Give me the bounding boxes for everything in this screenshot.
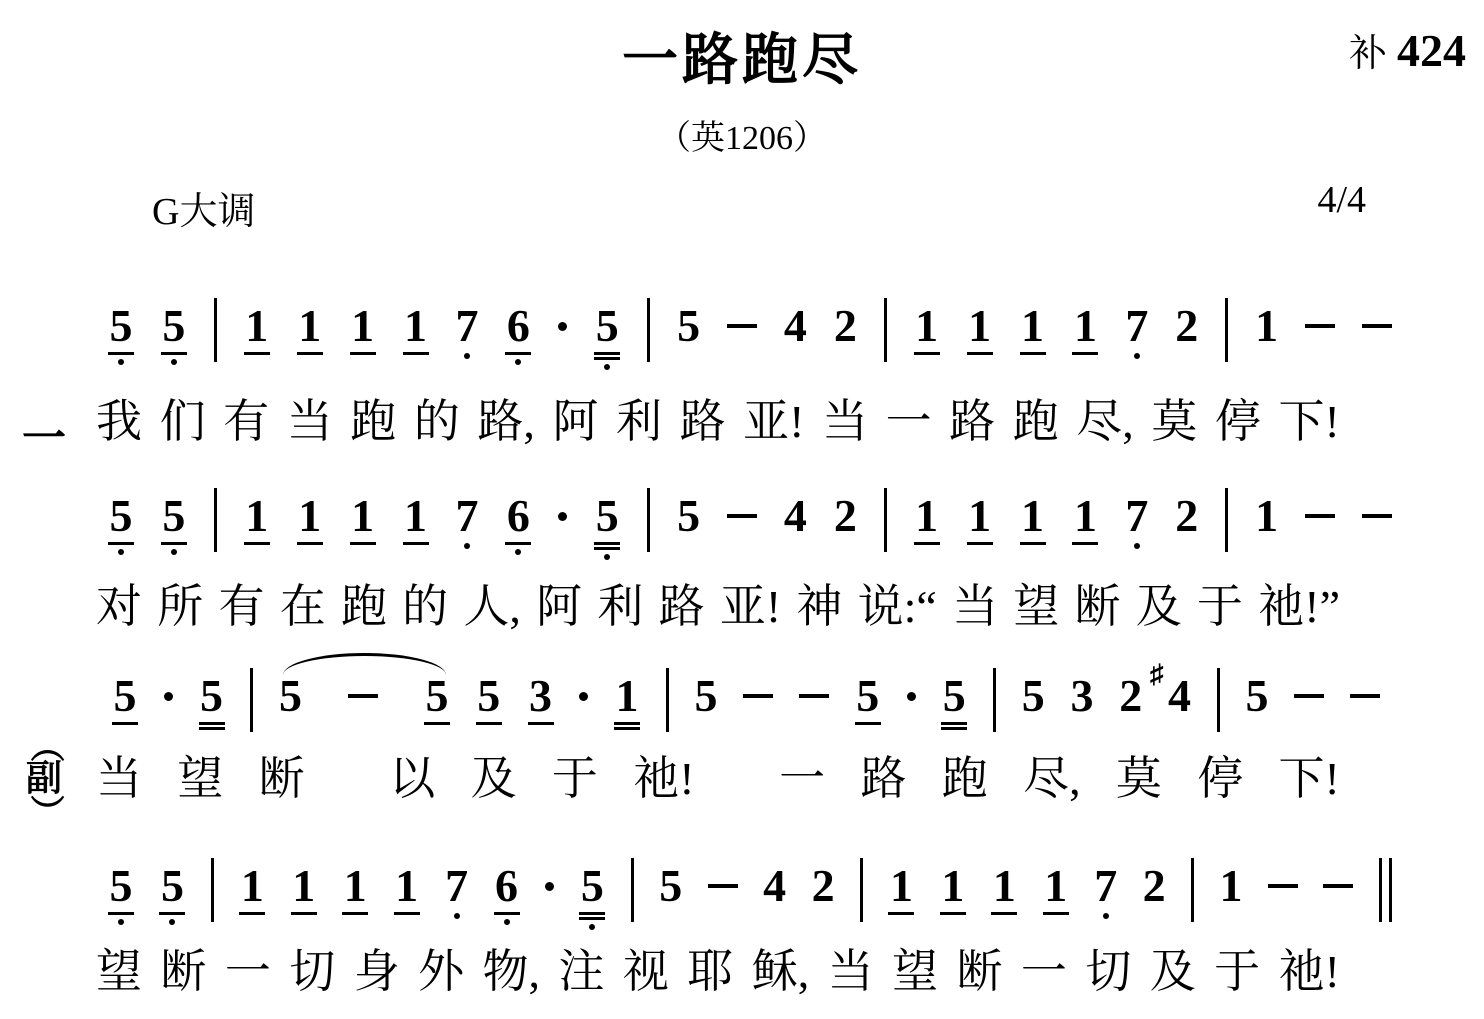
- lyric-syllable: 我: [96, 396, 142, 449]
- music-note: 3: [528, 673, 554, 725]
- music-note: 5: [279, 673, 302, 719]
- music-note: 2: [1175, 493, 1198, 539]
- duration-dash: [348, 694, 378, 698]
- music-note: 7: [445, 863, 468, 919]
- music-line: 5511117655421111721: [108, 493, 1392, 573]
- music-note: 7: [455, 303, 478, 359]
- barline: [1225, 488, 1228, 552]
- music-note: 7: [455, 493, 478, 549]
- lyric-syllable: 路: [860, 753, 906, 806]
- lyric-syllable: 物,: [483, 946, 541, 999]
- music-note: 1: [967, 493, 993, 545]
- music-note: 3: [1071, 673, 1094, 719]
- augmentation-dot: [558, 512, 567, 521]
- octave-underline: [579, 917, 605, 920]
- lyric-syllable: 尽,: [1076, 396, 1134, 449]
- low-octave-dot: [1103, 913, 1109, 919]
- music-note: 5: [108, 493, 134, 555]
- barline: [884, 298, 887, 362]
- octave-underline: [199, 722, 225, 725]
- lyric-syllable: 路: [680, 396, 726, 449]
- music-line: 5511117655421111721: [108, 863, 1392, 943]
- music-note: 5: [594, 303, 620, 370]
- verse-number-marker: 一: [22, 402, 66, 466]
- octave-underline: [914, 542, 940, 545]
- octave-underline: [394, 912, 420, 915]
- music-note: 1: [244, 493, 270, 545]
- low-octave-dot: [1134, 543, 1140, 549]
- barline: [631, 858, 634, 922]
- lyric-syllable: 望: [177, 753, 223, 806]
- music-note: 2: [1143, 863, 1166, 909]
- music-note: 5: [199, 673, 225, 730]
- octave-underline: [476, 722, 502, 725]
- lyric-syllable: 及: [471, 753, 517, 806]
- lyric-syllable: 望: [892, 946, 938, 999]
- music-note: 1: [1020, 303, 1046, 355]
- hymn-number-value: 424: [1397, 24, 1466, 77]
- lyric-syllable: 及: [1136, 581, 1182, 634]
- octave-underline: [594, 357, 620, 360]
- lyric-syllable: 有: [223, 396, 269, 449]
- duration-dash: [1268, 884, 1298, 888]
- lyric-syllable: 断: [160, 946, 206, 999]
- lyric-syllable: 下!: [1279, 753, 1340, 806]
- barline: [1225, 298, 1228, 362]
- music-note: 1: [239, 863, 265, 915]
- lyric-syllable: 一: [1021, 946, 1067, 999]
- lyric-syllable: 以: [389, 753, 435, 806]
- music-note: 5: [161, 493, 187, 555]
- music-note: 1: [940, 863, 966, 915]
- music-note: 1: [967, 303, 993, 355]
- octave-underline: [505, 352, 531, 355]
- lyric-syllable: 身: [354, 946, 400, 999]
- music-note: 6: [494, 863, 520, 925]
- octave-underline: [108, 912, 134, 915]
- lyric-syllable: 当: [822, 396, 868, 449]
- time-signature: 4/4: [1317, 178, 1366, 222]
- duration-dash: [1305, 514, 1335, 518]
- music-note: 5: [677, 493, 700, 539]
- octave-underline: [244, 542, 270, 545]
- hymn-number-prefix: 补: [1349, 22, 1387, 77]
- low-octave-dot: [604, 554, 610, 560]
- lyric-syllable: 们: [160, 396, 206, 449]
- octave-underline: [528, 722, 554, 725]
- music-note: 1: [350, 303, 376, 355]
- lyric-syllable: 阿: [536, 581, 582, 634]
- music-note: 5: [1022, 673, 1045, 719]
- music-note: 7: [1125, 493, 1148, 549]
- music-note: 5: [108, 303, 134, 365]
- lyric-syllable: 望: [96, 946, 142, 999]
- octave-underline: [594, 352, 620, 355]
- lyric-syllable: 于: [552, 753, 598, 806]
- lyric-syllable: 断: [956, 946, 1002, 999]
- low-octave-dot: [504, 919, 510, 925]
- augmentation-dot: [545, 882, 554, 891]
- octave-underline: [342, 912, 368, 915]
- music-note: 2: [834, 493, 857, 539]
- octave-underline: [1043, 912, 1069, 915]
- music-note: 1: [394, 863, 420, 915]
- barline: [666, 668, 669, 732]
- music-note: 1: [244, 303, 270, 355]
- lyric-syllable: 断: [259, 753, 305, 806]
- low-octave-dot: [118, 359, 124, 365]
- music-note: 1: [1020, 493, 1046, 545]
- music-note: 1: [297, 303, 323, 355]
- lyric-syllable: 路,: [477, 396, 535, 449]
- octave-underline: [967, 542, 993, 545]
- augmentation-dot: [558, 322, 567, 331]
- barline: [884, 488, 887, 552]
- lyric-syllable: 及: [1150, 946, 1196, 999]
- music-note: 2: [1175, 303, 1198, 349]
- lyric-syllable: 利: [616, 396, 662, 449]
- music-note: 6: [505, 493, 531, 555]
- barline: [1217, 668, 1220, 732]
- music-note: 5: [594, 493, 620, 560]
- lyric-syllable: 下!: [1278, 396, 1339, 449]
- octave-underline: [505, 542, 531, 545]
- octave-underline: [1072, 352, 1098, 355]
- low-octave-dot: [515, 549, 521, 555]
- music-note: 1: [991, 863, 1017, 915]
- duration-dash: [1362, 514, 1392, 518]
- lyric-syllable: 一: [779, 753, 825, 806]
- music-note: 1: [914, 303, 940, 355]
- music-note: 1: [614, 673, 640, 730]
- key-signature: G大调: [152, 180, 255, 235]
- music-note: 1: [291, 863, 317, 915]
- duration-dash: [1323, 884, 1353, 888]
- lyric-syllable: 莫: [1151, 396, 1197, 449]
- octave-underline: [967, 352, 993, 355]
- octave-underline: [112, 722, 138, 725]
- low-octave-dot: [589, 924, 595, 930]
- music-note: 6: [505, 303, 531, 365]
- lyric-syllable: 跑: [1013, 396, 1059, 449]
- octave-underline: [991, 912, 1017, 915]
- lyric-syllable: 对: [96, 581, 142, 634]
- lyric-syllable: 亚!: [720, 581, 781, 634]
- octave-underline: [159, 912, 185, 915]
- music-note: 5: [112, 673, 138, 725]
- augmentation-dot: [579, 692, 588, 701]
- octave-underline: [424, 722, 450, 725]
- low-octave-dot: [454, 913, 460, 919]
- barline: [647, 298, 650, 362]
- music-note: 4: [784, 493, 807, 539]
- barline: [211, 858, 214, 922]
- hymn-sheet-page: 一路跑尽 补 424 （英1206） G大调 4/4 5511117655421…: [0, 0, 1484, 1019]
- music-note: 5: [855, 673, 881, 725]
- lyric-syllable: 外: [418, 946, 464, 999]
- lyric-syllable: 当: [828, 946, 874, 999]
- music-note: 1: [342, 863, 368, 915]
- low-octave-dot: [171, 549, 177, 555]
- music-note: 5: [108, 863, 134, 925]
- lyric-syllable: 尽,: [1023, 753, 1081, 806]
- low-octave-dot: [118, 919, 124, 925]
- octave-underline: [239, 912, 265, 915]
- barline: [1191, 858, 1194, 922]
- music-note: 5: [677, 303, 700, 349]
- lyric-syllable: 于: [1214, 946, 1260, 999]
- music-note: 1: [1255, 303, 1278, 349]
- duration-dash: [727, 324, 757, 328]
- lyric-syllable: 跑: [341, 581, 387, 634]
- lyric-line: 望断一切身外物,注视耶稣,当望断一切及于祂!: [96, 946, 1340, 999]
- lyric-syllable: 切: [289, 946, 335, 999]
- barline: [647, 488, 650, 552]
- lyric-syllable: 的: [402, 581, 448, 634]
- chorus-marker: （副）: [26, 736, 62, 821]
- lyric-line: 当望断以及于祂!一路跑尽,莫停下!: [96, 753, 1340, 806]
- octave-underline: [244, 352, 270, 355]
- duration-dash: [1362, 324, 1392, 328]
- music-note: 1: [1072, 493, 1098, 545]
- barline: [993, 668, 996, 732]
- music-note: 2: [834, 303, 857, 349]
- lyric-syllable: 于: [1197, 581, 1243, 634]
- octave-underline: [297, 352, 323, 355]
- music-note: 5: [659, 863, 682, 909]
- music-note: 4♯: [1168, 673, 1191, 719]
- music-note: 1: [1220, 863, 1243, 909]
- duration-dash: [708, 884, 738, 888]
- music-line: 5511117655421111721: [108, 303, 1392, 383]
- music-note: 2: [812, 863, 835, 909]
- low-octave-dot: [515, 359, 521, 365]
- octave-underline: [941, 727, 967, 730]
- lyric-syllable: 祂!: [1279, 946, 1340, 999]
- duration-dash: [799, 694, 829, 698]
- lyric-syllable: 路: [659, 581, 705, 634]
- music-note: 5: [695, 673, 718, 719]
- lyric-syllable: 的: [414, 396, 460, 449]
- augmentation-dot: [907, 692, 916, 701]
- music-note: 4: [784, 303, 807, 349]
- music-note: 1: [1255, 493, 1278, 539]
- music-note: 1: [914, 493, 940, 545]
- hymn-subtitle: （英1206）: [0, 110, 1484, 159]
- octave-underline: [403, 542, 429, 545]
- music-note: 5: [941, 673, 967, 730]
- low-octave-dot: [118, 549, 124, 555]
- lyric-syllable: 当: [96, 753, 142, 806]
- octave-underline: [614, 722, 640, 725]
- lyric-syllable: 跑: [350, 396, 396, 449]
- octave-underline: [855, 722, 881, 725]
- duration-dash: [1305, 324, 1335, 328]
- lyric-line: 我们有当跑的路,阿利路亚!当一路跑尽,莫停下!: [96, 396, 1340, 449]
- octave-underline: [161, 542, 187, 545]
- lyric-syllable: 望: [1013, 581, 1059, 634]
- lyric-syllable: 当: [952, 581, 998, 634]
- lyric-syllable: 利: [597, 581, 643, 634]
- lyric-syllable: 人,: [463, 581, 521, 634]
- octave-underline: [291, 912, 317, 915]
- duration-dash: [1294, 694, 1324, 698]
- music-note: 5: [1246, 673, 1269, 719]
- chorus-paren-open: （: [35, 728, 54, 762]
- octave-underline: [494, 912, 520, 915]
- music-note: 5: [161, 303, 187, 365]
- lyric-line: 对所有在跑的人,阿利路亚!神说:“当望断及于祂!”: [96, 581, 1340, 634]
- music-note: 2: [1119, 673, 1142, 719]
- octave-underline: [161, 352, 187, 355]
- duration-dash: [727, 514, 757, 518]
- lyric-syllable: 有: [218, 581, 264, 634]
- octave-underline: [108, 352, 134, 355]
- octave-underline: [403, 352, 429, 355]
- lyric-syllable: 注: [558, 946, 604, 999]
- low-octave-dot: [604, 364, 610, 370]
- music-note: 5: [579, 863, 605, 930]
- hymn-number: 补 424: [1349, 22, 1466, 77]
- octave-underline: [199, 727, 225, 730]
- lyric-syllable: 祂!”: [1258, 581, 1340, 634]
- lyric-syllable: 神: [796, 581, 842, 634]
- duration-dash: [743, 694, 773, 698]
- octave-underline: [1072, 542, 1098, 545]
- octave-underline: [1020, 352, 1046, 355]
- lyric-syllable: 一: [225, 946, 271, 999]
- lyric-syllable: 说:“: [858, 581, 937, 634]
- music-note: 7: [1125, 303, 1148, 359]
- barline: [214, 488, 217, 552]
- barline: [250, 668, 253, 732]
- lyric-syllable: 切: [1085, 946, 1131, 999]
- music-note: 7: [1094, 863, 1117, 919]
- octave-underline: [350, 352, 376, 355]
- chorus-paren-close: ）: [35, 794, 54, 828]
- music-note: 1: [888, 863, 914, 915]
- music-note: 4: [763, 863, 786, 909]
- octave-underline: [108, 542, 134, 545]
- octave-underline: [1020, 542, 1046, 545]
- low-octave-dot: [464, 353, 470, 359]
- low-octave-dot: [169, 919, 175, 925]
- lyric-syllable: 稣,: [752, 946, 810, 999]
- music-line: 55555315555324♯5: [112, 673, 1380, 753]
- music-note: 1: [297, 493, 323, 545]
- lyric-syllable: 断: [1075, 581, 1121, 634]
- music-note: 1: [403, 303, 429, 355]
- music-note: 1: [1043, 863, 1069, 915]
- lyric-syllable: 祂!: [633, 753, 694, 806]
- low-octave-dot: [464, 543, 470, 549]
- music-note: 5: [476, 673, 502, 725]
- octave-underline: [594, 542, 620, 545]
- octave-underline: [888, 912, 914, 915]
- octave-underline: [941, 722, 967, 725]
- lyric-syllable: 亚!: [743, 396, 804, 449]
- octave-underline: [579, 912, 605, 915]
- barline: [860, 858, 863, 922]
- low-octave-dot: [171, 359, 177, 365]
- lyric-syllable: 阿: [552, 396, 598, 449]
- music-note: 5: [424, 673, 450, 725]
- octave-underline: [614, 727, 640, 730]
- lyric-syllable: 跑: [942, 753, 988, 806]
- lyric-syllable: 路: [949, 396, 995, 449]
- augmentation-dot: [164, 692, 173, 701]
- lyric-syllable: 一: [886, 396, 932, 449]
- lyric-syllable: 当: [287, 396, 333, 449]
- music-note: 5: [159, 863, 185, 925]
- music-note: 1: [1072, 303, 1098, 355]
- music-note: 1: [403, 493, 429, 545]
- lyric-syllable: 耶: [687, 946, 733, 999]
- octave-underline: [594, 547, 620, 550]
- tie-group: 55: [279, 673, 450, 725]
- lyric-syllable: 视: [623, 946, 669, 999]
- lyric-syllable: 在: [280, 581, 326, 634]
- octave-underline: [297, 542, 323, 545]
- octave-underline: [914, 352, 940, 355]
- sharp-icon: ♯: [1150, 661, 1164, 688]
- lyric-syllable: 停: [1215, 396, 1261, 449]
- low-octave-dot: [1134, 353, 1140, 359]
- music-note: 1: [350, 493, 376, 545]
- page-title: 一路跑尽: [0, 16, 1484, 96]
- octave-underline: [940, 912, 966, 915]
- lyric-syllable: 莫: [1116, 753, 1162, 806]
- lyric-syllable: 所: [157, 581, 203, 634]
- octave-underline: [350, 542, 376, 545]
- lyric-syllable: 停: [1197, 753, 1243, 806]
- final-double-barline: [1379, 858, 1392, 922]
- duration-dash: [1350, 694, 1380, 698]
- barline: [214, 298, 217, 362]
